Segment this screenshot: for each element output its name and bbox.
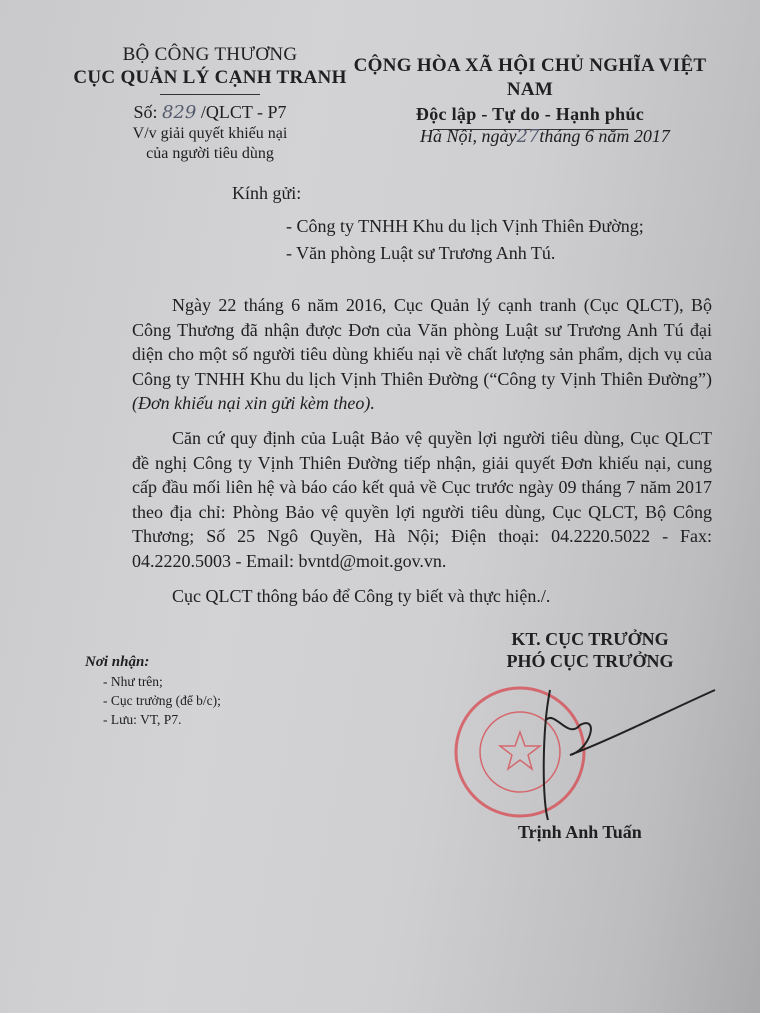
national-header: CỘNG HÒA XÃ HỘI CHỦ NGHĨA VIỆT NAM Độc l… xyxy=(330,54,730,130)
recipients-title: Nơi nhận: xyxy=(85,653,221,672)
number-suffix: /QLCT - P7 xyxy=(201,102,287,122)
subject-line-2: của người tiêu dùng xyxy=(40,144,380,164)
handwritten-number: 829 xyxy=(162,102,196,123)
date-suffix: tháng 6 năm 2017 xyxy=(539,126,670,146)
handwritten-day: 27 xyxy=(517,126,540,147)
number-label: Số: xyxy=(133,102,157,122)
recipient-item: - Lưu: VT, P7. xyxy=(85,710,221,729)
agency-name: CỤC QUẢN LÝ CẠNH TRANH xyxy=(40,66,380,90)
addressee-item: - Văn phòng Luật sư Trương Anh Tú. xyxy=(286,240,644,267)
body-paragraph-2: Căn cứ quy định của Luật Bảo vệ quyền lợ… xyxy=(132,426,712,573)
signature-line-2: PHÓ CỤC TRƯỞNG xyxy=(480,650,700,672)
ministry-name: BỘ CÔNG THƯƠNG xyxy=(40,44,380,66)
signature-line-1: KT. CỤC TRƯỞNG xyxy=(480,628,700,650)
official-stamp-and-signature-icon xyxy=(450,680,730,830)
recipient-item: - Cục trưởng (để b/c); xyxy=(85,691,221,710)
issue-date: Hà Nội, ngày27tháng 6 năm 2017 xyxy=(420,126,670,147)
addressee-item: - Công ty TNHH Khu du lịch Vịnh Thiên Đư… xyxy=(286,213,644,240)
body-paragraph-1: Ngày 22 tháng 6 năm 2016, Cục Quản lý cạ… xyxy=(132,293,712,416)
country-name: CỘNG HÒA XÃ HỘI CHỦ NGHĨA VIỆT NAM xyxy=(330,54,730,102)
subject-line-1: V/v giải quyết khiếu nại xyxy=(40,124,380,144)
paragraph-text: Ngày 22 tháng 6 năm 2016, Cục Quản lý cạ… xyxy=(132,295,712,389)
header-divider xyxy=(160,94,260,95)
addressee-list: - Công ty TNHH Khu du lịch Vịnh Thiên Đư… xyxy=(286,213,644,267)
date-prefix: Hà Nội, ngày xyxy=(420,126,517,146)
signature-title: KT. CỤC TRƯỞNG PHÓ CỤC TRƯỞNG xyxy=(480,628,700,672)
addressee-label: Kính gửi: xyxy=(232,183,301,204)
signer-name: Trịnh Anh Tuấn xyxy=(518,822,642,843)
document-number: Số: 829 /QLCT - P7 xyxy=(40,101,380,124)
recipient-item: - Như trên; xyxy=(85,672,221,691)
motto: Độc lập - Tự do - Hạnh phúc xyxy=(330,102,730,126)
paragraph-italic-note: (Đơn khiếu nại xin gửi kèm theo). xyxy=(132,393,375,413)
recipients-block: Nơi nhận: - Như trên; - Cục trưởng (để b… xyxy=(85,653,221,729)
issuer-header: BỘ CÔNG THƯƠNG CỤC QUẢN LÝ CẠNH TRANH Số… xyxy=(40,44,380,164)
body-paragraph-3: Cục QLCT thông báo để Công ty biết và th… xyxy=(172,584,752,609)
